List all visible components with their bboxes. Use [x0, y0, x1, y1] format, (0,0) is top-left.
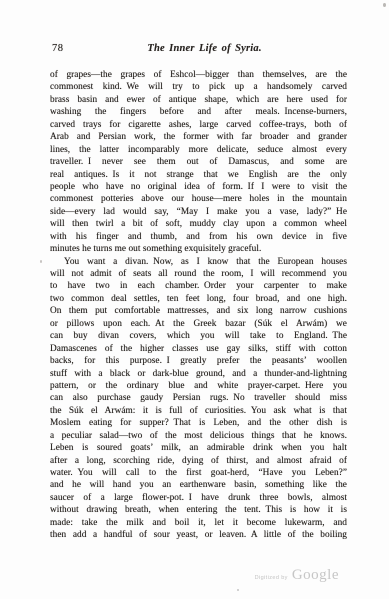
text-line: will then twirl a bit of soft, muddy cla…	[50, 218, 347, 230]
text-line: Moslem eating for supper? That is Leben,…	[50, 417, 347, 429]
text-line: of grapes—the grapes of Eshcol—bigger th…	[50, 69, 347, 81]
page-body: of grapes—the grapes of Eshcol—bigger th…	[50, 69, 347, 542]
book-page-scan: 78 The Inner Life of Syria. of grapes—th…	[0, 0, 389, 599]
text-line: pattern, or the ordinary blue and white …	[50, 380, 347, 392]
text-line: saucer of a large flower-pot. I have dru…	[50, 492, 347, 504]
text-line: stuff with a black or dark-blue ground, …	[50, 368, 347, 380]
text-line: then add a handful of sour yeast, or lea…	[50, 529, 347, 541]
text-line: lines, the latter incomparably more deli…	[50, 144, 347, 156]
text-line: people who have no original idea of form…	[50, 181, 347, 193]
scan-speck	[383, 3, 386, 7]
text-line: or pillows upon each. At the Greek bazar…	[50, 318, 347, 330]
text-line: the Súk el Arwám: it is full of curiosit…	[50, 405, 347, 417]
page-header: 78 The Inner Life of Syria.	[50, 43, 347, 57]
text-line: with his finger and thumb, and from his …	[50, 231, 347, 243]
text-line: can buy divan covers, which you will tak…	[50, 330, 347, 342]
text-line: will not admit of seats all round the ro…	[50, 268, 347, 280]
scan-speck	[40, 260, 42, 263]
digitized-by-label: Digitized by	[255, 575, 288, 581]
text-line: Arab and Persian work, the former with f…	[50, 131, 347, 143]
text-line: without drawing breath, when entering th…	[50, 504, 347, 516]
text-line: minutes he turns me out something exquis…	[50, 243, 347, 255]
text-line: On them put comfortable mattresses, and …	[50, 305, 347, 317]
text-line: a peculiar salad—two of the most delicio…	[50, 430, 347, 442]
running-title: The Inner Life of Syria.	[50, 43, 347, 54]
text-line: side—every lad would say, “May I make yo…	[50, 206, 347, 218]
text-line: after a long, scorching ride, dying of t…	[50, 455, 347, 467]
text-line: water. You will call to the first goat-h…	[50, 467, 347, 479]
text-line: commonest potteries above our house—mere…	[50, 193, 347, 205]
text-line: and he will hand you an earthenware basi…	[50, 479, 347, 491]
scan-speck	[237, 589, 239, 591]
text-line: two common deal settles, ten feet long, …	[50, 293, 347, 305]
text-line: commonest kind. We will try to pick up a…	[50, 81, 347, 93]
text-line: to have two in each chamber. Order your …	[50, 280, 347, 292]
text-line: carved trays for cigarette ashes, large …	[50, 119, 347, 131]
text-line: Leben is soured goats’ milk, an admirabl…	[50, 442, 347, 454]
text-line: real antiques. Is it not strange that we…	[50, 169, 347, 181]
google-logo: Google	[292, 567, 339, 584]
text-line: can also purchase gaudy Persian rugs. No…	[50, 392, 347, 404]
text-line: backs, for this purpose. I greatly prefe…	[50, 355, 347, 367]
text-line: brass basin and ewer of antique shape, w…	[50, 94, 347, 106]
text-line: You want a divan. Now, as I know that th…	[50, 256, 347, 268]
google-watermark: Digitized by Google	[255, 567, 339, 584]
text-line: Damascenes of the higher classes use gay…	[50, 343, 347, 355]
text-line: washing the fingers before and after mea…	[50, 106, 347, 118]
text-line: made: take the milk and boil it, let it …	[50, 517, 347, 529]
text-line: traveller. I never see them out of Damas…	[50, 156, 347, 168]
